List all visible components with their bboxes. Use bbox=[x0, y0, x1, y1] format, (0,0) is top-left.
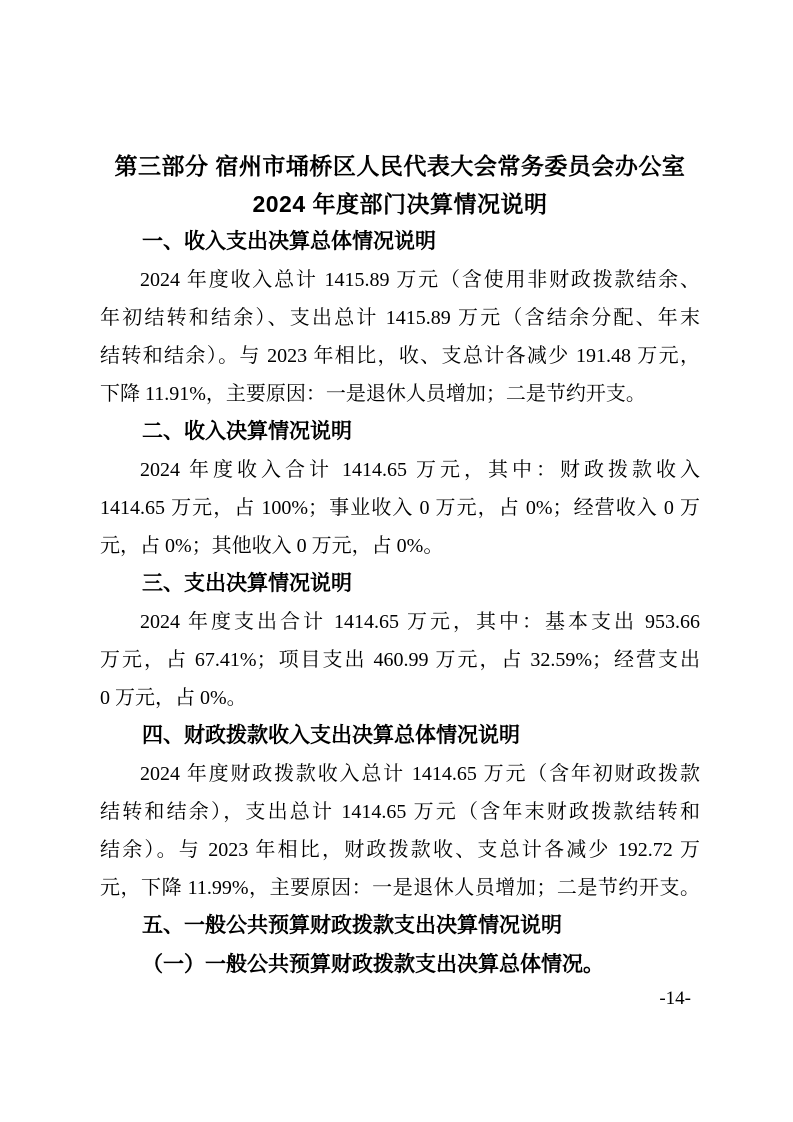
paragraph-line: 元，下降 11.99%，主要原因：一是退休人员增加；二是节约开支。 bbox=[100, 869, 700, 907]
paragraph-line: 结转和结余）。与 2023 年相比，收、支总计各减少 191.48 万元， bbox=[100, 337, 700, 375]
paragraph-line: 结余）。与 2023 年相比，财政拨款收、支总计各减少 192.72 万 bbox=[100, 831, 700, 869]
section-5-subheading: （一）一般公共预算财政拨款支出决算总体情况。 bbox=[100, 945, 700, 983]
paragraph-line: 2024 年度收入合计 1414.65 万元，其中：财政拨款收入 bbox=[100, 451, 700, 489]
section-3-heading: 三、支出决算情况说明 bbox=[100, 565, 700, 603]
section-general-public-budget: 五、一般公共预算财政拨款支出决算情况说明 （一）一般公共预算财政拨款支出决算总体… bbox=[100, 907, 700, 983]
section-fiscal-appropriation-overview: 四、财政拨款收入支出决算总体情况说明 2024 年度财政拨款收入总计 1414.… bbox=[100, 717, 700, 907]
section-expenditure-final-accounts: 三、支出决算情况说明 2024 年度支出合计 1414.65 万元，其中：基本支… bbox=[100, 565, 700, 717]
paragraph-line: 2024 年度财政拨款收入总计 1414.65 万元（含年初财政拨款 bbox=[100, 755, 700, 793]
paragraph-line: 元，占 0%；其他收入 0 万元，占 0%。 bbox=[100, 527, 700, 565]
section-2-heading: 二、收入决算情况说明 bbox=[100, 413, 700, 451]
section-1-heading: 一、收入支出决算总体情况说明 bbox=[100, 223, 700, 261]
paragraph-line: 2024 年度收入总计 1415.89 万元（含使用非财政拨款结余、 bbox=[100, 261, 700, 299]
section-5-heading: 五、一般公共预算财政拨款支出决算情况说明 bbox=[100, 907, 700, 945]
paragraph-line: 结转和结余），支出总计 1414.65 万元（含年末财政拨款结转和 bbox=[100, 793, 700, 831]
paragraph-line: 0 万元，占 0%。 bbox=[100, 679, 700, 717]
document-title-line-1: 第三部分 宿州市埇桥区人民代表大会常务委员会办公室 bbox=[100, 147, 700, 185]
document-page: 第三部分 宿州市埇桥区人民代表大会常务委员会办公室 2024 年度部门决算情况说… bbox=[0, 0, 793, 1122]
section-4-heading: 四、财政拨款收入支出决算总体情况说明 bbox=[100, 717, 700, 755]
paragraph-line: 万元，占 67.41%；项目支出 460.99 万元，占 32.59%；经营支出 bbox=[100, 641, 700, 679]
page-number: -14- bbox=[659, 986, 691, 1012]
section-income-expenditure-overview: 一、收入支出决算总体情况说明 2024 年度收入总计 1415.89 万元（含使… bbox=[100, 223, 700, 413]
paragraph-line: 2024 年度支出合计 1414.65 万元，其中：基本支出 953.66 bbox=[100, 603, 700, 641]
document-content: 第三部分 宿州市埇桥区人民代表大会常务委员会办公室 2024 年度部门决算情况说… bbox=[100, 147, 700, 983]
section-income-final-accounts: 二、收入决算情况说明 2024 年度收入合计 1414.65 万元，其中：财政拨… bbox=[100, 413, 700, 565]
document-title-line-2: 2024 年度部门决算情况说明 bbox=[100, 185, 700, 223]
paragraph-line: 年初结转和结余）、支出总计 1415.89 万元（含结余分配、年末 bbox=[100, 299, 700, 337]
paragraph-line: 下降 11.91%，主要原因：一是退休人员增加；二是节约开支。 bbox=[100, 375, 700, 413]
paragraph-line: 1414.65 万元，占 100%；事业收入 0 万元，占 0%；经营收入 0 … bbox=[100, 489, 700, 527]
